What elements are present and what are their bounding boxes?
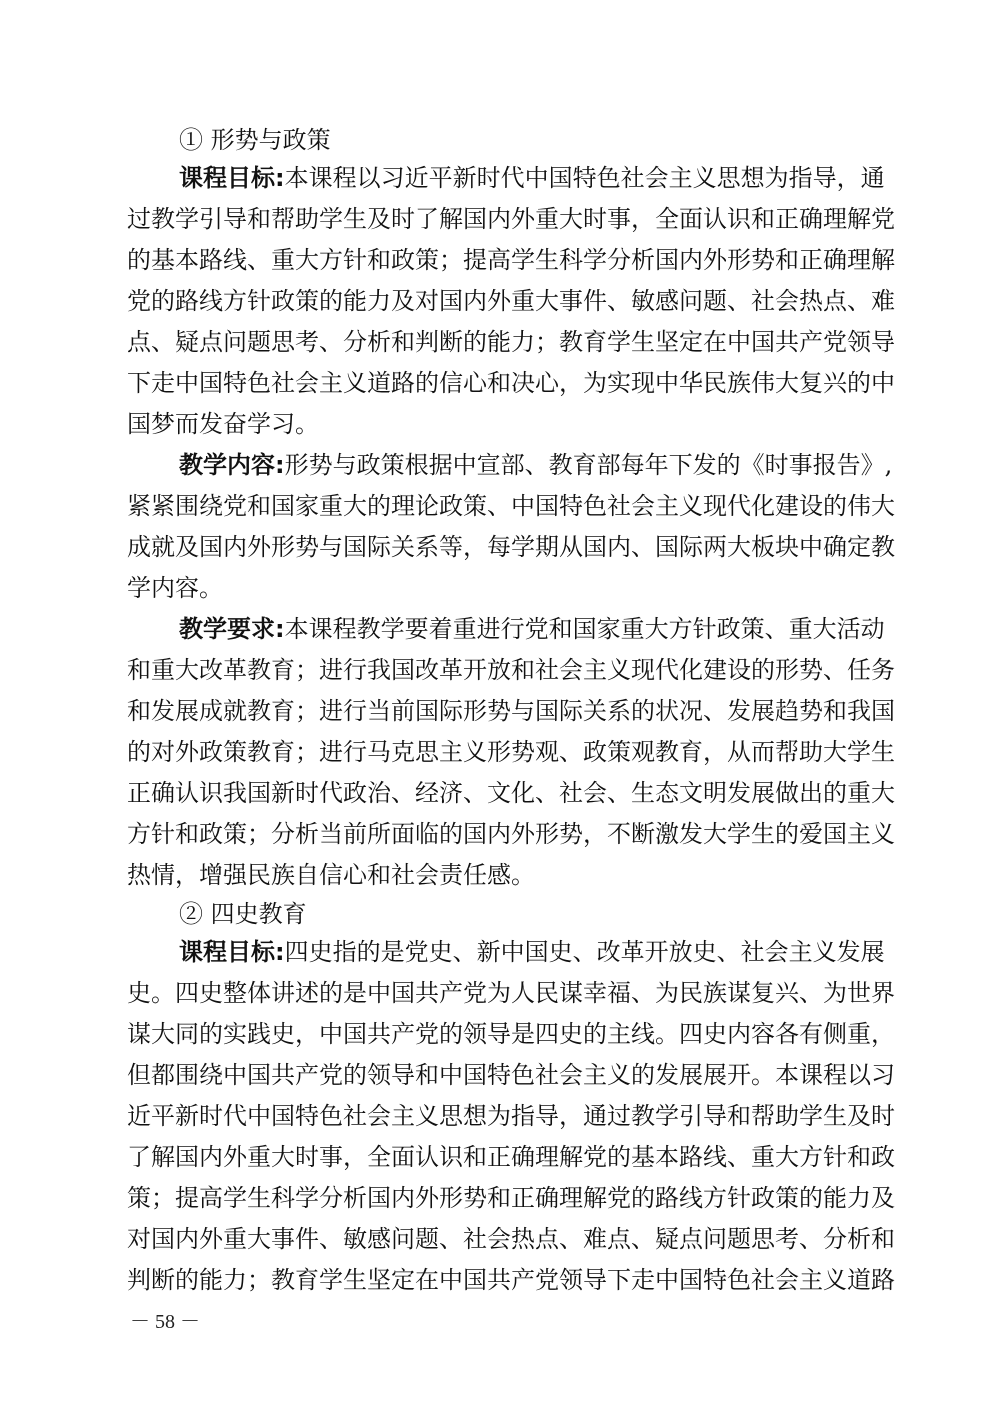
paragraph-line: 了解国内外重大时事，全面认识和正确理解党的基本路线、重大方针和政: [127, 1137, 875, 1178]
paragraph-line: 教学要求:本课程教学要着重进行党和国家重大方针政策、重大活动: [127, 609, 875, 650]
section-heading-four-histories: ② 四史教育: [127, 896, 875, 932]
page-number: － 58 －: [130, 1305, 200, 1334]
label-teaching-content: 教学内容:: [179, 451, 285, 479]
label-course-goal: 课程目标:: [179, 938, 285, 966]
paragraph-line: 对国内外重大事件、敏感问题、社会热点、难点、疑点问题思考、分析和: [127, 1219, 875, 1260]
paragraph-line: 策；提高学生科学分析国内外形势和正确理解党的路线方针政策的能力及: [127, 1178, 875, 1219]
paragraph-line: 过教学引导和帮助学生及时了解国内外重大时事，全面认识和正确理解党: [127, 199, 875, 240]
paragraph-line: 判断的能力；教育学生坚定在中国共产党领导下走中国特色社会主义道路: [127, 1260, 875, 1301]
section-heading-situation-policy: ① 形势与政策: [127, 122, 875, 158]
paragraph-line: 课程目标:四史指的是党史、新中国史、改革开放史、社会主义发展: [127, 932, 875, 973]
paragraph-line: 近平新时代中国特色社会主义思想为指导，通过教学引导和帮助学生及时: [127, 1096, 875, 1137]
paragraph-line: 的基本路线、重大方针和政策；提高学生科学分析国内外形势和正确理解: [127, 240, 875, 281]
paragraph-line: 史。四史整体讲述的是中国共产党为人民谋幸福、为民族谋复兴、为世界: [127, 973, 875, 1014]
paragraph-line: 教学内容:形势与政策根据中宣部、教育部每年下发的《时事报告》,: [127, 445, 875, 486]
paragraph-line: 国梦而发奋学习。: [127, 404, 875, 445]
paragraph-line: 党的路线方针政策的能力及对国内外重大事件、敏感问题、社会热点、难: [127, 281, 875, 322]
paragraph-line: 和发展成就教育；进行当前国际形势与国际关系的状况、发展趋势和我国: [127, 691, 875, 732]
paragraph-line: 但都围绕中国共产党的领导和中国特色社会主义的发展展开。本课程以习: [127, 1055, 875, 1096]
paragraph-line: 下走中国特色社会主义道路的信心和决心，为实现中华民族伟大复兴的中: [127, 363, 875, 404]
paragraph-line: 学内容。: [127, 568, 875, 609]
document-page: ① 形势与政策 课程目标:本课程以习近平新时代中国特色社会主义思想为指导，通 过…: [127, 122, 875, 1301]
paragraph-line: 成就及国内外形势与国际关系等，每学期从国内、国际两大板块中确定教: [127, 527, 875, 568]
paragraph-line: 正确认识我国新时代政治、经济、文化、社会、生态文明发展做出的重大: [127, 773, 875, 814]
paragraph-line: 点、疑点问题思考、分析和判断的能力；教育学生坚定在中国共产党领导: [127, 322, 875, 363]
paragraph-line: 方针和政策；分析当前所面临的国内外形势，不断激发大学生的爱国主义: [127, 814, 875, 855]
paragraph-line: 的对外政策教育；进行马克思主义形势观、政策观教育，从而帮助大学生: [127, 732, 875, 773]
paragraph-line: 谋大同的实践史，中国共产党的领导是四史的主线。四史内容各有侧重，: [127, 1014, 875, 1055]
label-course-goal: 课程目标:: [179, 164, 285, 192]
paragraph-line: 紧紧围绕党和国家重大的理论政策、中国特色社会主义现代化建设的伟大: [127, 486, 875, 527]
paragraph-line: 和重大改革教育；进行我国改革开放和社会主义现代化建设的形势、任务: [127, 650, 875, 691]
label-teaching-requirements: 教学要求:: [179, 615, 285, 643]
paragraph-line: 热情，增强民族自信心和社会责任感。: [127, 855, 875, 896]
paragraph-line: 课程目标:本课程以习近平新时代中国特色社会主义思想为指导，通: [127, 158, 875, 199]
